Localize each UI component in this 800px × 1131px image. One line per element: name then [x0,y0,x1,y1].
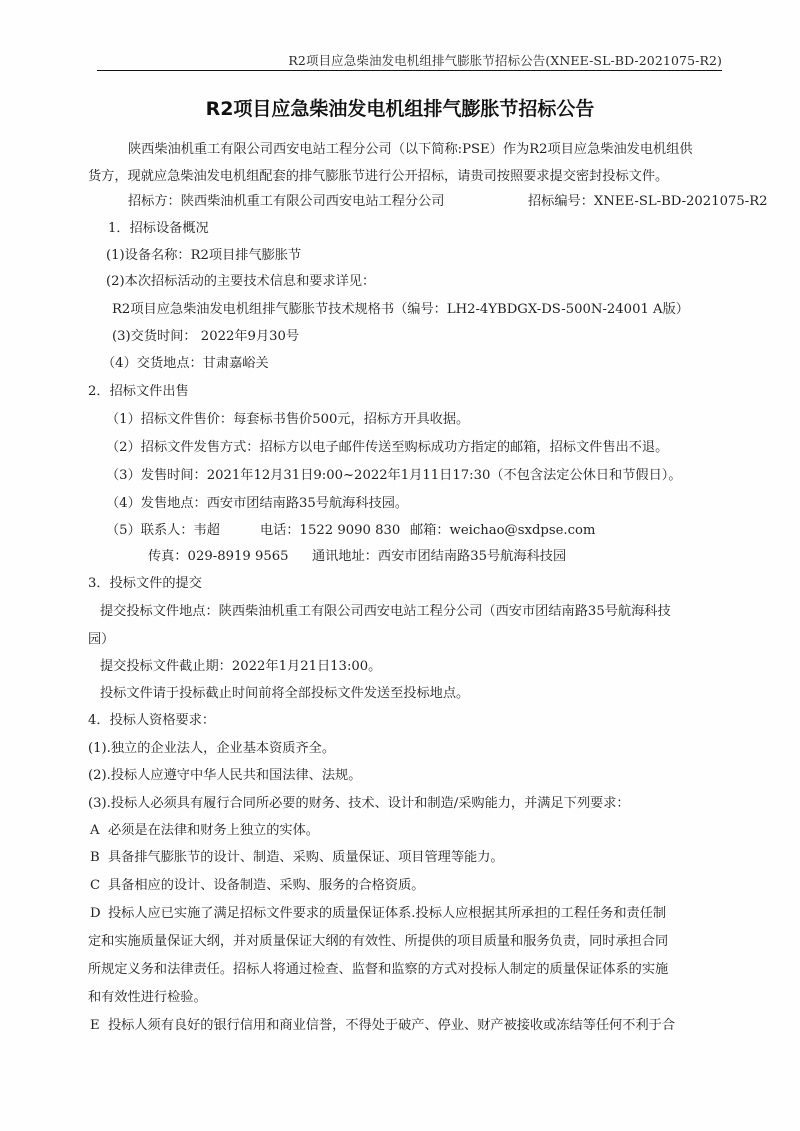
section-4-heading: 4．投标人资格要求： [88,712,215,730]
section-2-item: （4）发售地点：西安市团结南路35号航海科技园。 [106,495,408,513]
contact-person: （5）联系人：韦超 [106,522,220,540]
section-4-item: (3).投标人必须具有履行合同所必要的财务、技术、设计和制造/采购能力，并满足下… [88,795,630,813]
requirement-text-continued: 和有效性进行检验。 [88,989,207,1007]
contact-fax: 传真：029-8919 9565 [148,548,289,566]
submission-location-line-1: 提交投标文件地点：陕西柴油机重工有限公司西安电站工程分公司（西安市团结南路35号… [100,603,671,621]
requirement-letter: E [90,1017,100,1035]
submission-deadline: 提交投标文件截止期：2022年1月21日13:00。 [100,658,381,676]
requirement-text: 必须是在法律和财务上独立的实体。 [108,822,319,840]
requirement-text: 投标人应已实施了满足招标文件要求的质量保证体系.投标人应根据其所承担的工程任务和… [108,905,666,923]
running-header: R2项目应急柴油发电机组排气膨胀节招标公告(XNEE-SL-BD-2021075… [97,51,722,70]
section-2-item: （2）招标文件发售方式：招标方以电子邮件传送至购标成功方指定的邮箱，招标文件售出… [106,439,668,457]
requirement-letter: C [90,877,100,895]
requirement-text: 具备相应的设计、设备制造、采购、服务的合格资质。 [108,877,425,895]
requirement-text: 具备排气膨胀节的设计、制造、采购、质量保证、项目管理等能力。 [108,849,504,867]
submission-note: 投标文件请于投标截止时间前将全部投标文件发送至投标地点。 [100,685,469,703]
submission-location-line-2: 园） [88,631,114,649]
section-1-item: (2)本次招标活动的主要技术信息和要求详见： [106,273,375,291]
page-title: R2项目应急柴油发电机组排气膨胀节招标公告 [60,94,740,121]
contact-address: 通讯地址：西安市团结南路35号航海科技园 [312,548,566,566]
requirement-text: 投标人须有良好的银行信用和商业信誉，不得处于破产、停业、财产被接收或冻结等任何不… [108,1017,675,1035]
section-4-item: (2).投标人应遵守中华人民共和国法律、法规。 [88,767,361,785]
requirement-text-continued: 所规定义务和法律责任。招标人将通过检查、监督和监察的方式对投标人制定的质量保证体… [88,961,668,979]
section-1-item: （4）交货地点：甘肃嘉峪关 [102,355,269,373]
section-3-heading: 3．投标文件的提交 [88,575,202,593]
tender-number: 招标编号：XNEE-SL-BD-2021075-R2 [528,193,768,211]
requirement-letter: D [90,905,101,923]
header-rule [97,70,722,71]
section-2-heading: 2．招标文件出售 [88,383,189,401]
requirement-letter: A [90,822,100,840]
contact-email[interactable]: 邮箱：weichao@sxdpse.com [410,522,595,540]
intro-line-2: 货方，现就应急柴油发电机组配套的排气膨胀节进行公开招标，请贵司按照要求提交密封投… [88,168,668,186]
section-2-item: （3）发售时间：2021年12月31日9:00~2022年1月11日17:30（… [106,467,682,485]
contact-phone: 电话：1522 9090 830 [260,522,400,540]
section-1-heading: 1．招标设备概况 [108,220,209,238]
section-4-item: (1).独立的企业法人，企业基本资质齐全。 [88,740,335,758]
requirement-letter: B [90,849,100,867]
intro-line-1: 陕西柴油机重工有限公司西安电站工程分公司（以下简称:PSE）作为R2项目应急柴油… [128,141,693,159]
section-2-item: （1）招标文件售价：每套标书售价500元，招标方开具收据。 [106,411,469,429]
requirement-text-continued: 定和实施质量保证大纲，并对质量保证大纲的有效性、所提供的项目质量和服务负责，同时… [88,933,668,951]
section-1-item: (1)设备名称：R2项目排气膨胀节 [106,247,301,265]
document-page: R2项目应急柴油发电机组排气膨胀节招标公告(XNEE-SL-BD-2021075… [0,0,800,1131]
section-1-item: (3)交货时间： 2022年9月30号 [112,328,299,346]
section-1-item: R2项目应急柴油发电机组排气膨胀节技术规格书（编号：LH2-4YBDGX-DS-… [112,301,689,319]
tenderer-label: 招标方：陕西柴油机重工有限公司西安电站工程分公司 [128,193,445,211]
